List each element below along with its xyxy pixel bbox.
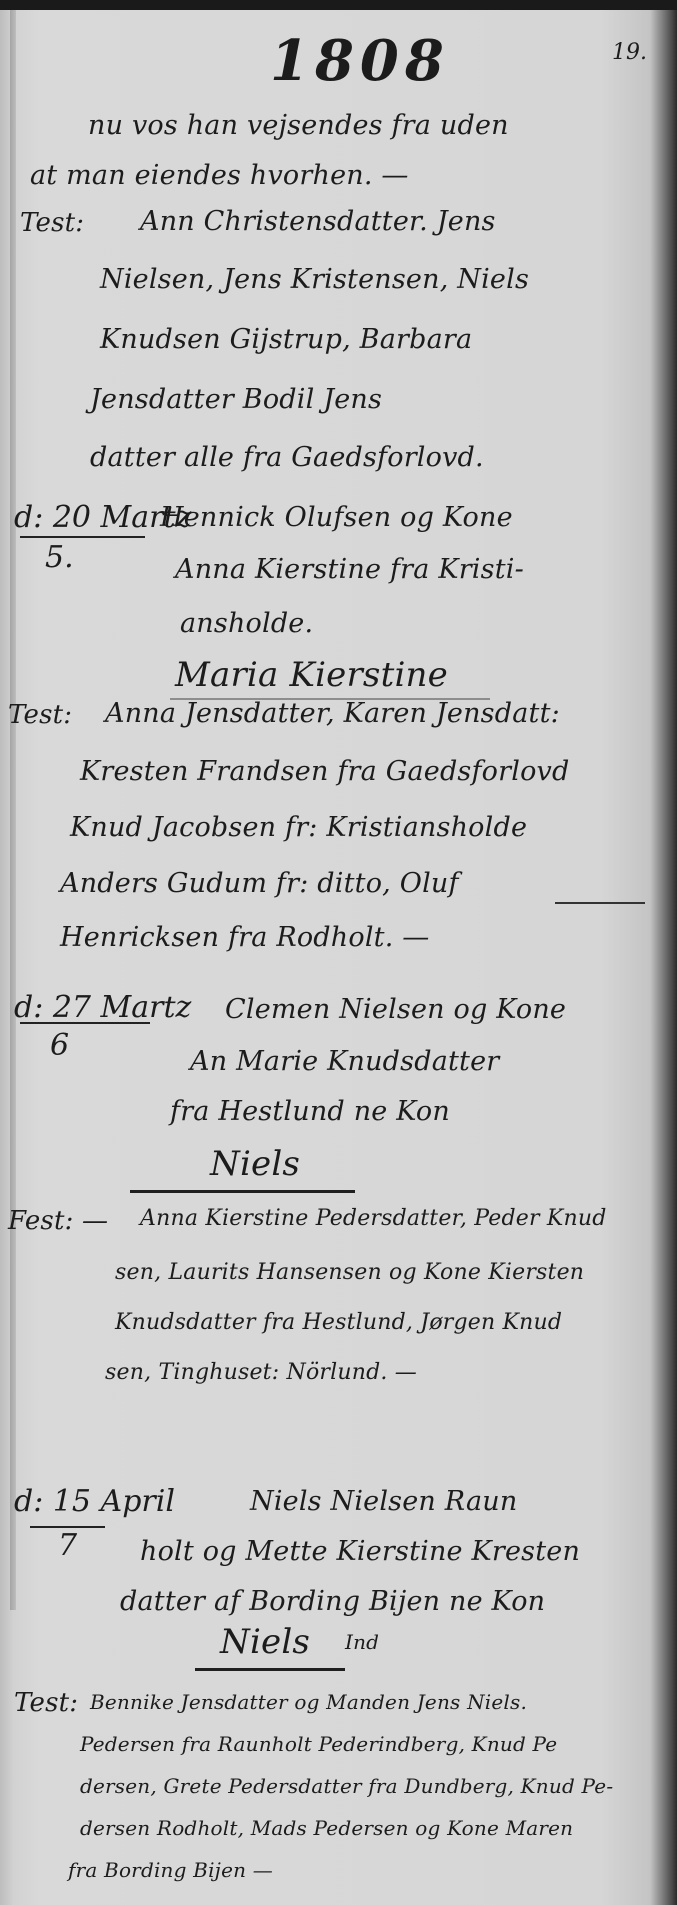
- witness-line: Knudsen Gijstrup, Barbara: [100, 324, 472, 355]
- entry-date: d: 27 Martz: [14, 990, 191, 1025]
- witness-line: Knudsdatter fra Hestlund, Jørgen Knud: [115, 1310, 562, 1335]
- child-underline: [130, 1190, 355, 1193]
- witness-line: Bennike Jensdatter og Manden Jens Niels.: [90, 1690, 527, 1714]
- witness-line: Jensdatter Bodil Jens: [90, 384, 382, 415]
- witness-line: sen, Laurits Hansensen og Kone Kiersten: [115, 1260, 584, 1285]
- parents-line: Clemen Nielsen og Kone: [225, 994, 566, 1025]
- witness-line: fra Bording Bijen —: [68, 1858, 273, 1882]
- child-underline: [195, 1668, 345, 1671]
- witness-line: Anna Kierstine Pedersdatter, Peder Knud: [140, 1206, 607, 1231]
- parents-line: Niels Nielsen Raun: [250, 1486, 517, 1517]
- witness-line: Kresten Frandsen fra Gaedsforlovd: [80, 756, 569, 787]
- witnesses-label: Test:: [8, 700, 72, 730]
- witness-line: Pedersen fra Raunholt Pederindberg, Knud…: [80, 1732, 557, 1756]
- witnesses-label: Fest: —: [8, 1206, 108, 1236]
- date-rule: [20, 1022, 150, 1024]
- witnesses-label: Test:: [14, 1688, 78, 1718]
- witness-line: datter alle fra Gaedsforlovd.: [90, 442, 484, 473]
- continuation-line-2: at man eiendes hvorhen. —: [30, 160, 409, 191]
- witness-line: Nielsen, Jens Kristensen, Niels: [100, 264, 529, 295]
- entry-number: 5.: [45, 540, 74, 575]
- witness-line: Knud Jacobsen fr: Kristiansholde: [70, 812, 527, 843]
- parents-line: datter af Bording Bijen ne Kon: [120, 1586, 545, 1617]
- witness-line: dersen, Grete Pedersdatter fra Dundberg,…: [80, 1774, 613, 1798]
- parents-line: Anna Kierstine fra Kristi-: [175, 554, 524, 585]
- entry-end-rule: [555, 902, 645, 904]
- parents-line: holt og Mette Kierstine Kresten: [140, 1536, 580, 1567]
- witness-line: Henricksen fra Rodholt. —: [60, 922, 430, 953]
- child-name: Niels: [220, 1622, 310, 1662]
- parents-line: Hennick Olufsen og Kone: [160, 502, 513, 533]
- continuation-line-1: nu vos han vejsendes fra uden: [88, 110, 509, 141]
- witness-line: Anders Gudum fr: ditto, Oluf: [60, 868, 459, 899]
- witness-line: Anna Jensdatter, Karen Jensdatt:: [105, 698, 560, 729]
- witnesses-label: Test:: [20, 208, 84, 238]
- child-name: Maria Kierstine: [175, 655, 448, 695]
- entry-number: 7: [58, 1528, 77, 1563]
- register-page: 1808 19. nu vos han vejsendes fra uden a…: [0, 10, 677, 1905]
- binding-gutter: [10, 10, 16, 1610]
- child-name: Niels: [210, 1144, 300, 1184]
- parents-line: fra Hestlund ne Kon: [170, 1096, 450, 1127]
- page-year: 1808: [270, 28, 450, 94]
- child-note: Ind: [345, 1630, 379, 1654]
- witness-line: sen, Tinghuset: Nörlund. —: [105, 1360, 417, 1385]
- parents-line: ansholde.: [180, 608, 313, 639]
- parents-line: An Marie Knudsdatter: [190, 1046, 499, 1077]
- witness-line: dersen Rodholt, Mads Pedersen og Kone Ma…: [80, 1816, 573, 1840]
- entry-date: d: 15 April: [14, 1484, 175, 1519]
- entry-number: 6: [50, 1028, 69, 1063]
- witness-line: Ann Christensdatter. Jens: [140, 206, 496, 237]
- date-rule: [20, 536, 145, 538]
- page-number: 19.: [612, 40, 647, 65]
